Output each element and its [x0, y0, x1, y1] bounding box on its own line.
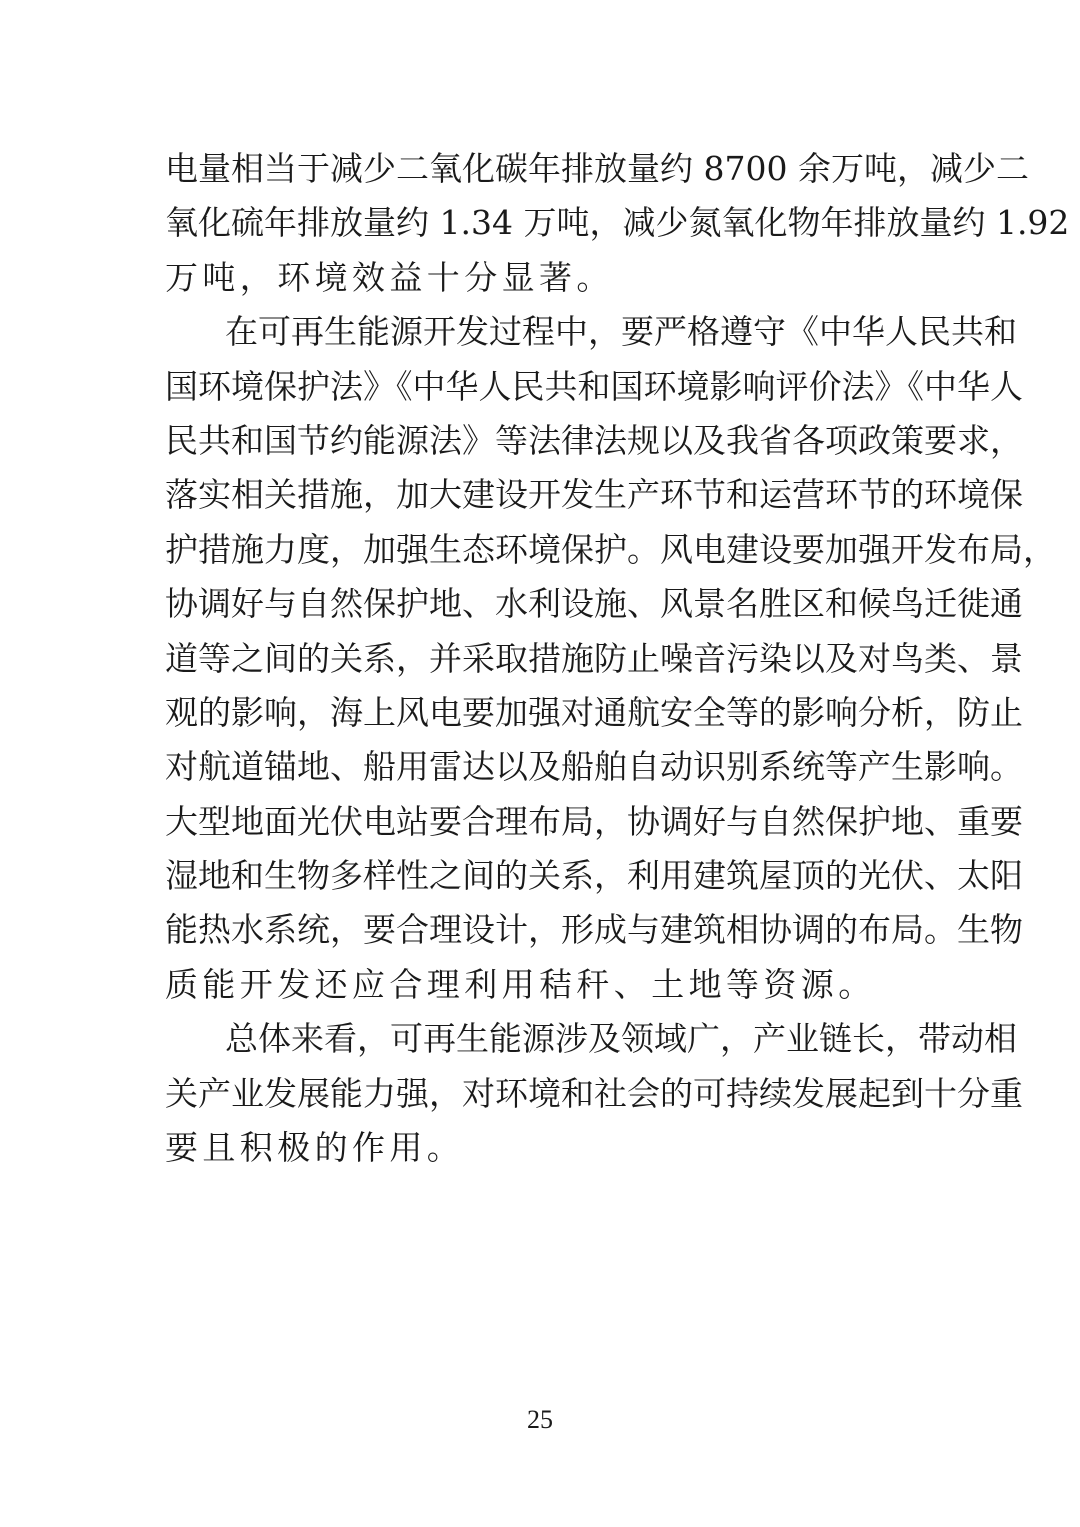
body-text: 电量相当于减少二氧化碳年排放量约 8700 余万吨，减少二 氧化硫年排放量约 1…: [165, 142, 917, 1175]
text-line: 湿地和生物多样性之间的关系，利用建筑屋顶的光伏、太阳: [165, 849, 917, 903]
text-line: 观的影响，海上风电要加强对通航安全等的影响分析，防止: [165, 686, 917, 740]
text-line: 道等之间的关系，并采取措施防止噪音污染以及对鸟类、景: [165, 632, 917, 686]
text-line: 关产业发展能力强，对环境和社会的可持续发展起到十分重: [165, 1067, 917, 1121]
document-page: 电量相当于减少二氧化碳年排放量约 8700 余万吨，减少二 氧化硫年排放量约 1…: [0, 0, 1080, 1527]
text-line: 质能开发还应合理利用秸秆、土地等资源。: [165, 958, 917, 1012]
text-line: 氧化硫年排放量约 1.34 万吨，减少氮氧化物年排放量约 1.92: [165, 196, 917, 250]
text-line: 在可再生能源开发过程中，要严格遵守《中华人民共和: [165, 305, 917, 359]
text-line: 总体来看，可再生能源涉及领域广，产业链长，带动相: [165, 1012, 917, 1066]
text-line: 协调好与自然保护地、水利设施、风景名胜区和候鸟迁徙通: [165, 577, 917, 631]
text-line: 大型地面光伏电站要合理布局，协调好与自然保护地、重要: [165, 795, 917, 849]
paragraph-summary: 总体来看，可再生能源涉及领域广，产业链长，带动相 关产业发展能力强，对环境和社会…: [165, 1012, 917, 1175]
text-line: 能热水系统，要合理设计，形成与建筑相协调的布局。生物: [165, 903, 917, 957]
text-line: 国环境保护法》《中华人民共和国环境影响评价法》《中华人: [165, 360, 917, 414]
text-line: 民共和国节约能源法》等法律法规以及我省各项政策要求，: [165, 414, 917, 468]
text-line: 万吨，环境效益十分显著。: [165, 251, 917, 305]
text-line: 护措施力度，加强生态环境保护。风电建设要加强开发布局，: [165, 523, 917, 577]
paragraph-emission-reduction: 电量相当于减少二氧化碳年排放量约 8700 余万吨，减少二 氧化硫年排放量约 1…: [165, 142, 917, 305]
paragraph-environmental-protection: 在可再生能源开发过程中，要严格遵守《中华人民共和 国环境保护法》《中华人民共和国…: [165, 305, 917, 1012]
text-line: 要且积极的作用。: [165, 1121, 917, 1175]
text-line: 电量相当于减少二氧化碳年排放量约 8700 余万吨，减少二: [165, 142, 917, 196]
page-number: 25: [0, 1405, 1080, 1435]
text-line: 对航道锚地、船用雷达以及船舶自动识别系统等产生影响。: [165, 740, 917, 794]
text-line: 落实相关措施，加大建设开发生产环节和运营环节的环境保: [165, 468, 917, 522]
